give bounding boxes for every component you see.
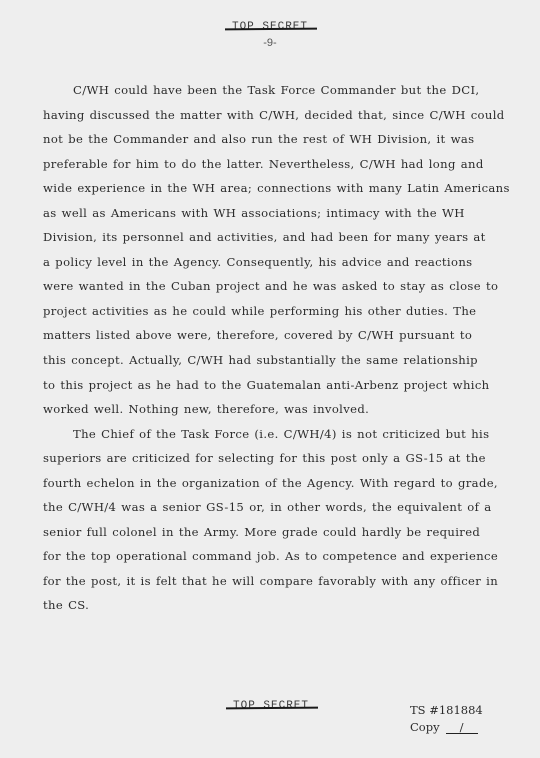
text-line: fourth echelon in the organization of th… <box>43 471 513 496</box>
copy-line: Copy/ <box>410 719 483 736</box>
text-line: the CS. <box>43 593 513 618</box>
paragraph: C/WH could have been the Task Force Comm… <box>43 78 513 422</box>
paragraphs-container: C/WH could have been the Task Force Comm… <box>43 78 513 618</box>
text-line: Division, its personnel and activities, … <box>43 225 513 250</box>
copy-label: Copy <box>410 720 440 734</box>
document-page: TOP SECRET -9- C/WH could have been the … <box>0 0 540 758</box>
text-line: for the top operational command job. As … <box>43 544 513 569</box>
text-line: to this project as he had to the Guatema… <box>43 373 513 398</box>
struck-classification-text: TOP SECRET <box>229 21 311 33</box>
struck-classification-text: TOP SECRET <box>230 700 312 712</box>
scan-bleed-artifact <box>0 750 540 758</box>
text-line: a policy level in the Agency. Consequent… <box>43 250 513 275</box>
paragraph: The Chief of the Task Force (i.e. C/WH/4… <box>43 422 513 618</box>
copy-number: / <box>446 721 478 734</box>
text-line: The Chief of the Task Force (i.e. C/WH/4… <box>43 422 513 447</box>
text-line: for the post, it is felt that he will co… <box>43 569 513 594</box>
text-line: project activities as he could while per… <box>43 299 513 324</box>
text-line: C/WH could have been the Task Force Comm… <box>43 78 513 103</box>
text-line: not be the Commander and also run the re… <box>43 127 513 152</box>
header-classification-marking: TOP SECRET <box>0 21 540 33</box>
control-block: TS #181884 Copy/ <box>410 702 483 736</box>
text-line: the C/WH/4 was a senior GS-15 or, in oth… <box>43 495 513 520</box>
text-line: were wanted in the Cuban project and he … <box>43 274 513 299</box>
text-line: wide experience in the WH area; connecti… <box>43 176 513 201</box>
control-number: TS #181884 <box>410 702 483 719</box>
text-line: having discussed the matter with C/WH, d… <box>43 103 513 128</box>
text-line: as well as Americans with WH association… <box>43 201 513 226</box>
page-number: -9- <box>0 37 540 49</box>
text-line: preferable for him to do the latter. Nev… <box>43 152 513 177</box>
text-line: this concept. Actually, C/WH had substan… <box>43 348 513 373</box>
text-line: worked well. Nothing new, therefore, was… <box>43 397 513 422</box>
text-line: matters listed above were, therefore, co… <box>43 323 513 348</box>
text-line: senior full colonel in the Army. More gr… <box>43 520 513 545</box>
footer-classification-marking: TOP SECRET <box>230 700 312 712</box>
text-line: superiors are criticized for selecting f… <box>43 446 513 471</box>
document-body: C/WH could have been the Task Force Comm… <box>43 78 513 618</box>
